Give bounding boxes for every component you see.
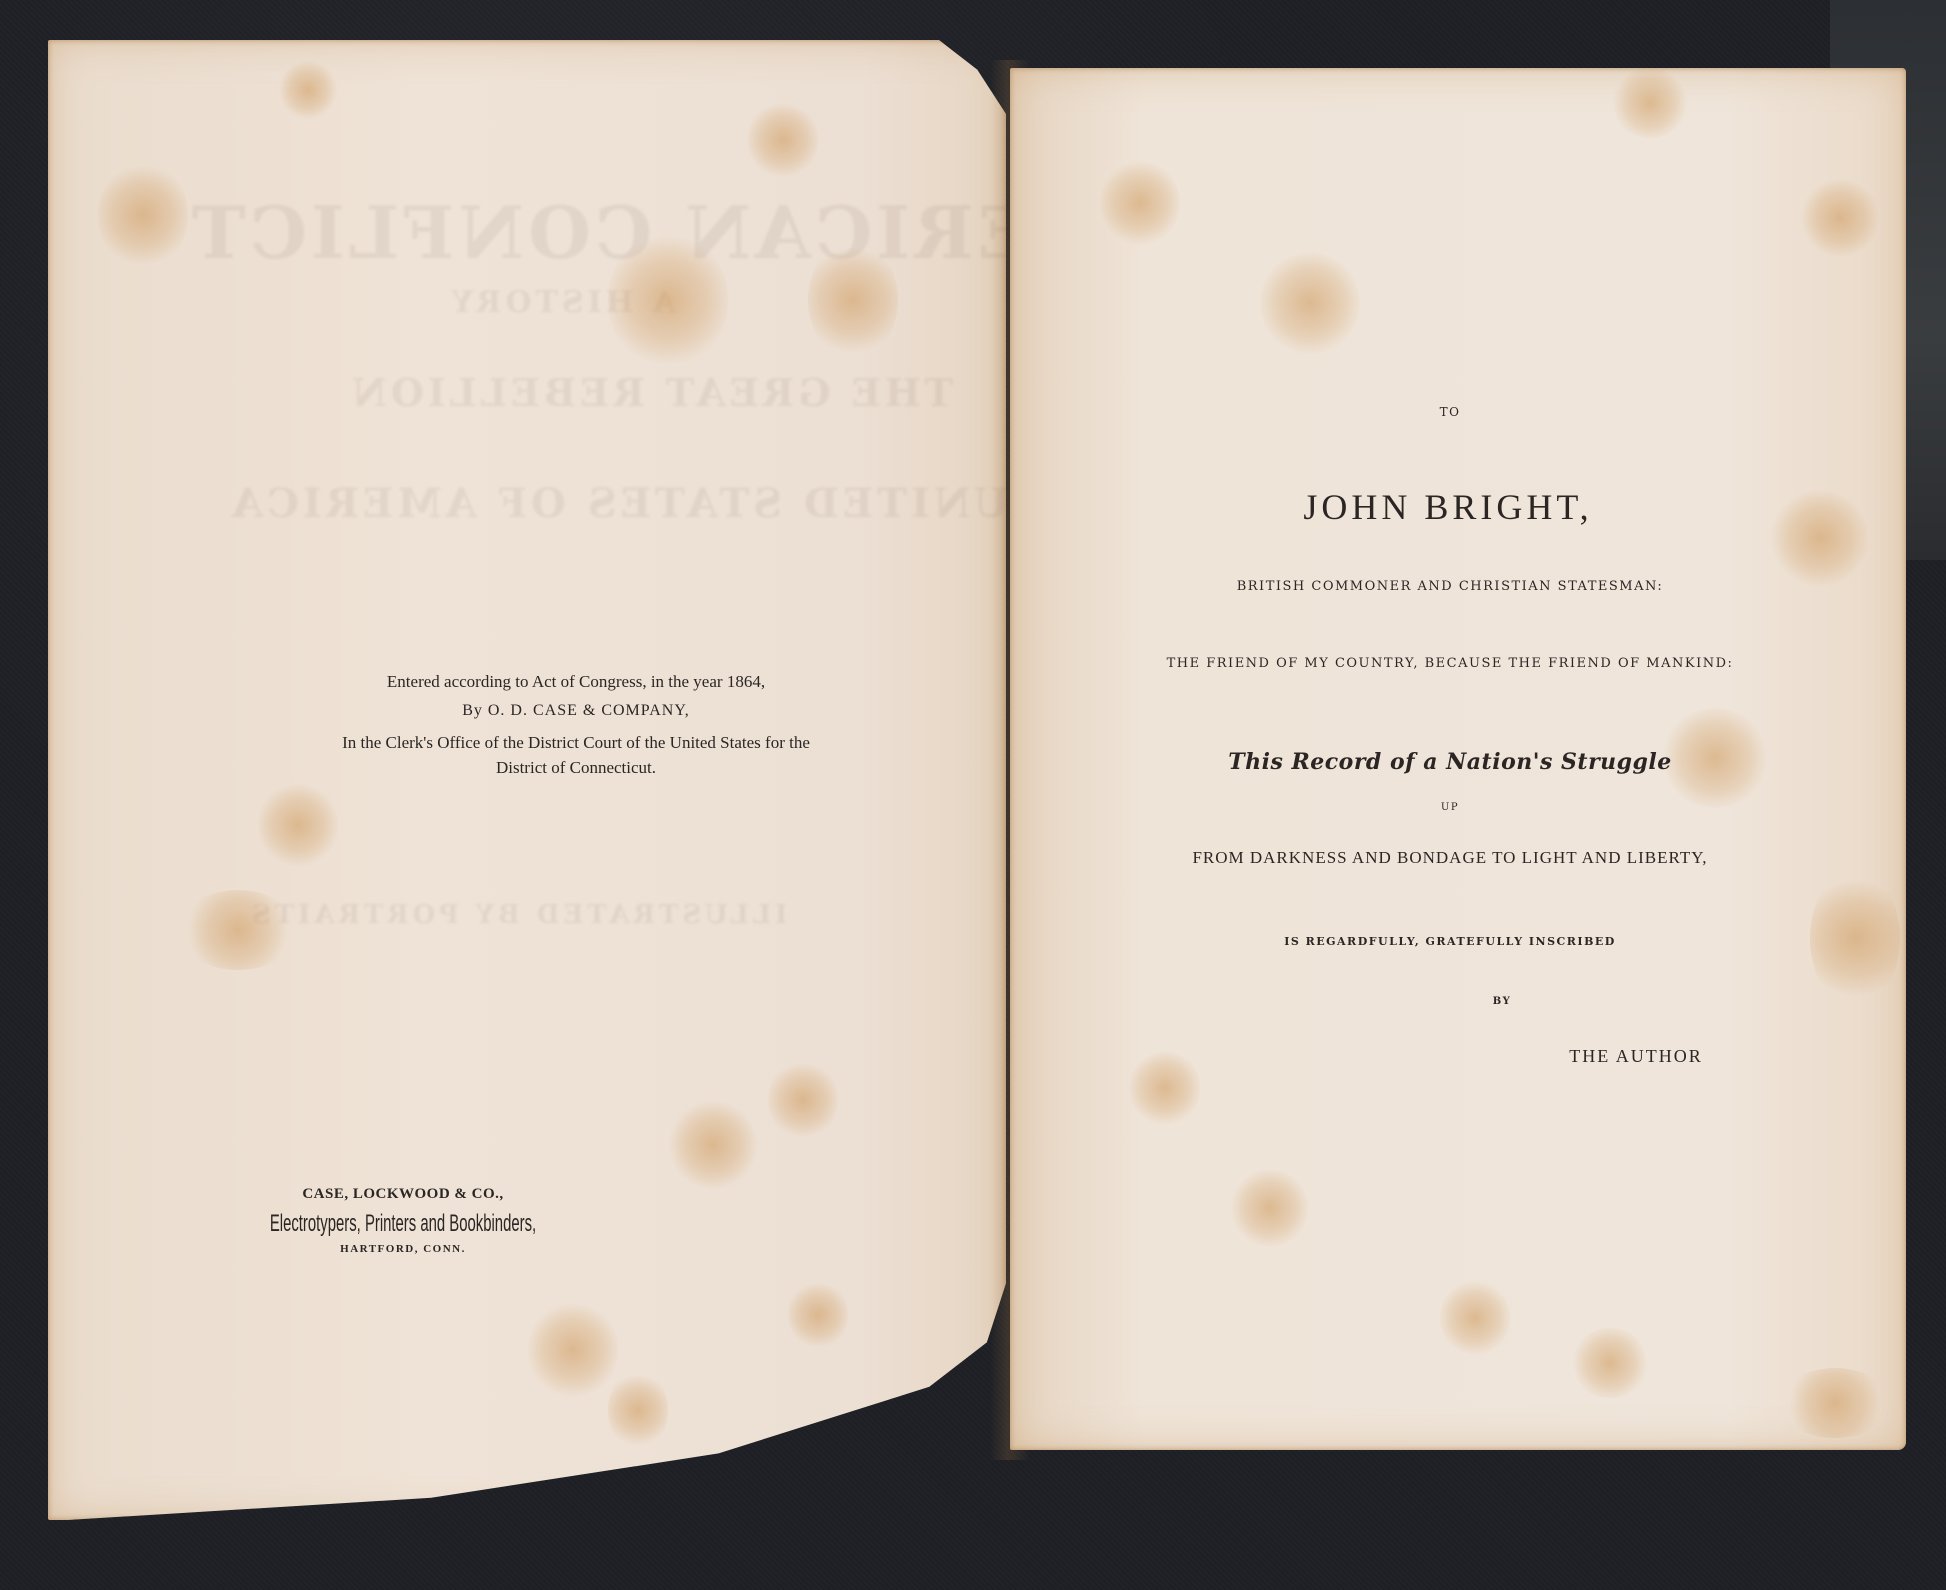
right-page: TO JOHN BRIGHT, BRITISH COMMONER AND CHR… (1010, 68, 1906, 1450)
bleed-through-text: UNITED STATES OF AMERICA (228, 480, 1009, 527)
dedication-friend: THE FRIEND OF MY COUNTRY, BECAUSE THE FR… (1167, 656, 1734, 671)
printer-name: CASE, LOCKWOOD & CO., (302, 1186, 503, 1203)
printer-location: HARTFORD, CONN. (340, 1243, 466, 1255)
dedication-inscribed: IS REGARDFULLY, GRATEFULLY INSCRIBED (1284, 935, 1616, 948)
copyright-line-3: In the Clerk's Office of the District Co… (342, 733, 810, 753)
dedication-to: TO (1440, 405, 1461, 419)
dedication-title: BRITISH COMMONER AND CHRISTIAN STATESMAN… (1237, 579, 1664, 594)
copyright-line-4: District of Connecticut. (496, 758, 656, 778)
dedication-up: UP (1441, 802, 1459, 813)
dedication-author: THE AUTHOR (1569, 1046, 1703, 1067)
bleed-through-text: THE GREAT REBELLION (348, 370, 953, 415)
copyright-line-1: Entered according to Act of Congress, in… (387, 672, 765, 692)
dedication-name: JOHN BRIGHT, (1303, 486, 1592, 528)
left-page: AMERICAN CONFLICT A HISTORY THE GREAT RE… (48, 40, 1006, 1520)
dedication-from: FROM DARKNESS AND BONDAGE TO LIGHT AND L… (1192, 848, 1707, 868)
copyright-line-2: By O. D. CASE & COMPANY, (462, 702, 690, 720)
bleed-through-text: ILLUSTRATED BY PORTRAITS (248, 900, 787, 930)
dedication-by: BY (1493, 996, 1511, 1007)
printer-trade: Electrotypers, Printers and Bookbinders, (270, 1210, 536, 1238)
dedication-record: This Record of a Nation's Struggle (1228, 749, 1672, 775)
